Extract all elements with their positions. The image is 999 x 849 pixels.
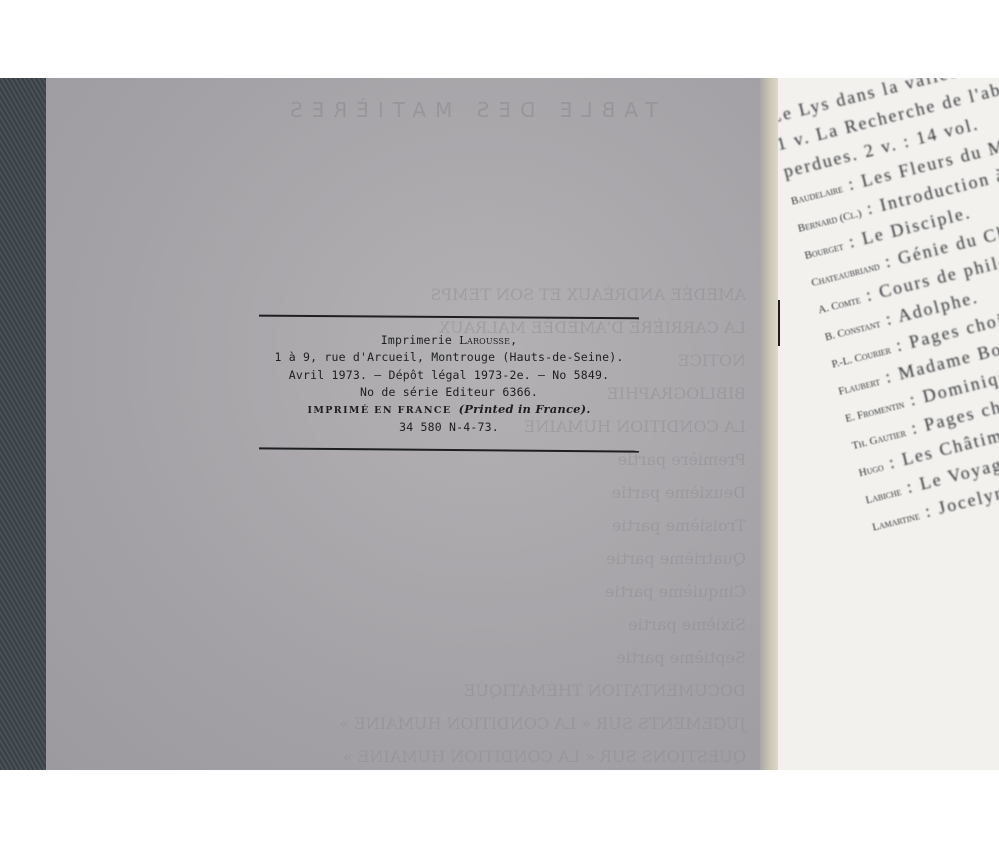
- index-author: Flaubert: [837, 376, 881, 398]
- show-through-toc-line: DOCUMENTATION THÉMATIQUE: [226, 674, 746, 707]
- show-through-toc-line: Septième partie: [226, 641, 746, 674]
- printer-line: Imprimerie Larousse,: [259, 332, 639, 349]
- show-through-toc-line: Troisième partie: [226, 509, 746, 542]
- index-author: B. Constant: [824, 318, 882, 343]
- print-code-line: 34 580 N-4-73.: [259, 419, 639, 436]
- index-author: E. Fromentin: [844, 399, 906, 425]
- author-index: Le Lys dans la vallée. Les Paysans. La C…: [778, 78, 999, 544]
- show-through-toc-line: Deuxième partie: [226, 476, 746, 509]
- show-through-toc-line: Quatrième partie: [226, 542, 746, 575]
- book-cover-edge: [0, 78, 48, 770]
- index-author: A. Comte: [817, 294, 862, 316]
- address-line: 1 à 9, rue d'Arcueil, Montrouge (Hauts-d…: [259, 349, 639, 366]
- show-through-toc-line: Sixième partie: [226, 608, 746, 641]
- index-author: Hugo: [858, 462, 885, 480]
- show-through-toc-line: AMÉDÉE ANDRÉAUX ET SON TEMPS: [226, 278, 746, 311]
- colophon: Imprimerie Larousse, 1 à 9, rue d'Arcuei…: [259, 316, 639, 451]
- left-page: TABLE DES MATIÈRES AMÉDÉE ANDRÉAUX ET SO…: [46, 78, 776, 770]
- printed-in-line: IMPRIMÉ EN FRANCE (Printed in France).: [259, 401, 639, 419]
- index-author: Labiche: [864, 486, 902, 506]
- index-author: Baudelaire: [790, 183, 844, 207]
- printer-name: Larousse: [459, 333, 510, 347]
- index-author: Lamartine: [871, 510, 921, 533]
- show-through-toc-line: JUGEMENTS SUR « LA CONDITION HUMAINE »: [226, 707, 746, 740]
- series-number-line: No de série Editeur 6366.: [259, 384, 639, 401]
- right-page: Le Lys dans la vallée. Les Paysans. La C…: [778, 78, 999, 770]
- show-through-toc-line: QUESTIONS SUR « LA CONDITION HUMAINE »: [226, 740, 746, 770]
- index-author: Bourget: [803, 241, 845, 262]
- index-author: Th. Gautier: [851, 427, 908, 452]
- legal-deposit-line: Avril 1973. — Dépôt légal 1973-2e. — No …: [259, 367, 639, 384]
- book-photo: TABLE DES MATIÈRES AMÉDÉE ANDRÉAUX ET SO…: [0, 78, 999, 770]
- margin-marker: [778, 300, 780, 346]
- show-through-heading: TABLE DES MATIÈRES: [281, 98, 658, 122]
- show-through-toc-line: Cinquième partie: [226, 575, 746, 608]
